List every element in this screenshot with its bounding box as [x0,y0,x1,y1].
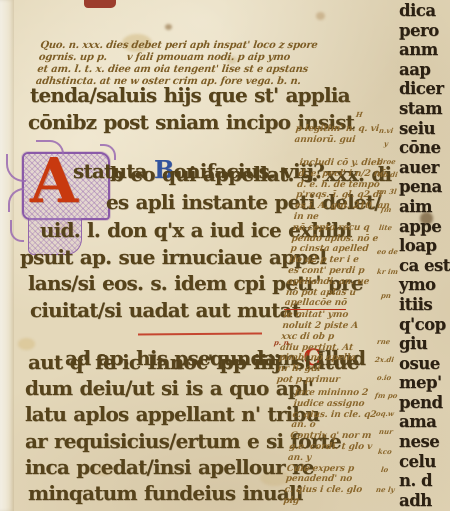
header-gloss-line: ogrnis. up p. v fali pmouam nodi. p aip … [38,52,317,64]
right-column-line: pena [399,177,450,197]
gloss-line: es ī. A. gui. 210. an [294,201,390,212]
stain [165,24,172,30]
gloss-line: nō cepto recu q [292,223,388,234]
gloss-line: noluit 2 piste A [282,321,378,332]
right-column-line: n. d [399,471,450,491]
gloss-fragment: 2x.di [374,355,394,364]
header-gloss-line: et am. l. t. x. diee am oia tengent' lis… [37,64,316,76]
right-column-line: pend [399,393,450,413]
right-column-line: ca est [399,256,450,276]
right-column-line: aap [399,60,450,80]
main-text-line: inca pcedat/insi apellour re [25,456,314,478]
right-column-line: adh [399,491,450,511]
right-column-line: ama [399,412,450,432]
main-text-line: minqatum fundeius inuali [28,482,303,504]
gloss-fragment: kco [377,447,392,456]
main-text-line: psuit ap. sue irnuciaue appel [20,246,326,268]
right-column-line: itiis [399,295,450,315]
penwork-flourish [6,154,26,182]
right-column-line: nese [399,432,450,452]
gloss-fragment: o.io [376,373,392,382]
gloss-line: c. qius i cle. glo [284,485,369,496]
gloss-line: p legitim' n. q. vi [295,124,380,135]
gloss-fragment: y [383,139,388,148]
gloss-line: Cuio expers p [286,464,371,475]
stain [316,12,325,20]
header-gloss-line: Quo. n. xxx. dies debet peri aph inspat'… [39,40,318,52]
gloss-fragment: pn [380,291,391,300]
right-column-line: stam [399,99,450,119]
top-red-rubric-mark [84,0,116,8]
gloss-line: nō pot aplas u [285,288,381,299]
penwork-flourish [10,220,24,242]
right-column-line: giu [399,334,450,354]
gloss-line: g.e. cordi. t glo v [288,442,373,453]
right-column-line: ymo [399,275,450,295]
gloss-line: pendo aplos. nō e [291,234,387,245]
gloss-fragment: an 3l [376,187,397,196]
header-gloss: Quo. n. xxx. dies debet peri aph inspat'… [35,40,318,88]
gloss-line: pig [283,496,368,507]
gloss-line: c. qius. in cle. q2 [292,410,377,421]
marginal-gloss-block-a: p legitim' n. q. vi anniorū. gui [294,124,380,146]
right-column-line: mep' [399,373,450,393]
right-column-line: seiu [399,119,450,139]
gloss-line: pot p primur [276,375,372,386]
gloss-line: es cont' perdi p [287,266,383,277]
gloss-fragment: fm po [374,391,398,400]
manuscript-page: Quo. n. xxx. dies debet peri aph inspat'… [0,0,450,511]
gloss-line: apellandi. an. ue [286,277,382,288]
main-text-line: dum deiu/ut si is a quo apl' [25,377,313,399]
gloss-line: anniorū. gui [294,135,379,146]
gloss-line: in ne [293,212,389,223]
gloss-line: ilo q2 p ter i e [289,255,385,266]
gloss-line: aliu pertint. At [279,343,375,354]
gloss-line: p cinsta apelled [290,244,386,255]
gloss-line: le mitat' ymo [283,310,379,321]
gloss-fragment: lite [378,223,392,232]
gloss-line: iudice assigno [293,399,378,410]
gloss-fragment: rne [376,337,390,346]
gloss-line: nr li. gui [277,364,373,375]
gloss-line-red-underlined: apellacōe nō [284,298,347,310]
gloss-fragment: fm [380,205,392,214]
right-column-line: aim [399,197,450,217]
gloss-fragment: kr im [376,267,398,276]
gloss-fragment: nur [378,427,393,436]
gloss-fragment: eo de [376,247,398,256]
gloss-fragment: p. n. [273,338,292,347]
right-column-line: auer [399,158,450,178]
gloss-fragment: n.vi [378,126,394,135]
gloss-fragment: droe [377,157,396,166]
gloss-line: fore mininno 2 [294,388,379,399]
penwork-flourish [8,188,24,212]
gloss-fragment: ne ly [375,485,395,494]
gloss-line: penadend' no [285,474,370,485]
right-column-line: celu [399,452,450,472]
gloss-fragment: lo [380,465,389,474]
right-column-line: cōne [399,138,450,158]
right-column-line: q'cop [399,315,450,335]
right-column-line: dicer [399,79,450,99]
gloss-line: pimbi nō apella [278,353,374,364]
gloss-line: Contrix q' nor m [290,431,375,442]
gloss-fragment: no di [377,170,398,179]
marginal-gloss-block-c: fore mininno 2 iudice assigno c. qius. i… [283,388,379,507]
right-column-line: anm [399,40,450,60]
right-column-line: osue [399,354,450,374]
main-text-line: tenda/saluis hijs que st' applia [30,84,350,106]
main-text-line: latu aplos appellant n' tribu [25,403,319,425]
right-column-line: appe [399,217,450,237]
gloss-fragment: H [355,110,363,119]
gloss-line: an. o [291,420,376,431]
right-column-line: dica [399,1,450,21]
main-text-line: ciuitat/si uadat aut mutat [30,299,300,321]
right-column-line: loap [399,236,450,256]
right-text-column: dica pero anm aap dicer stam seiu cōne a… [399,1,450,510]
gloss-line: xxc di ob p [281,332,377,343]
right-column-line: pero [399,21,450,41]
gloss-fragment: oq.w [375,409,394,418]
gloss-line: an. y [287,453,372,464]
